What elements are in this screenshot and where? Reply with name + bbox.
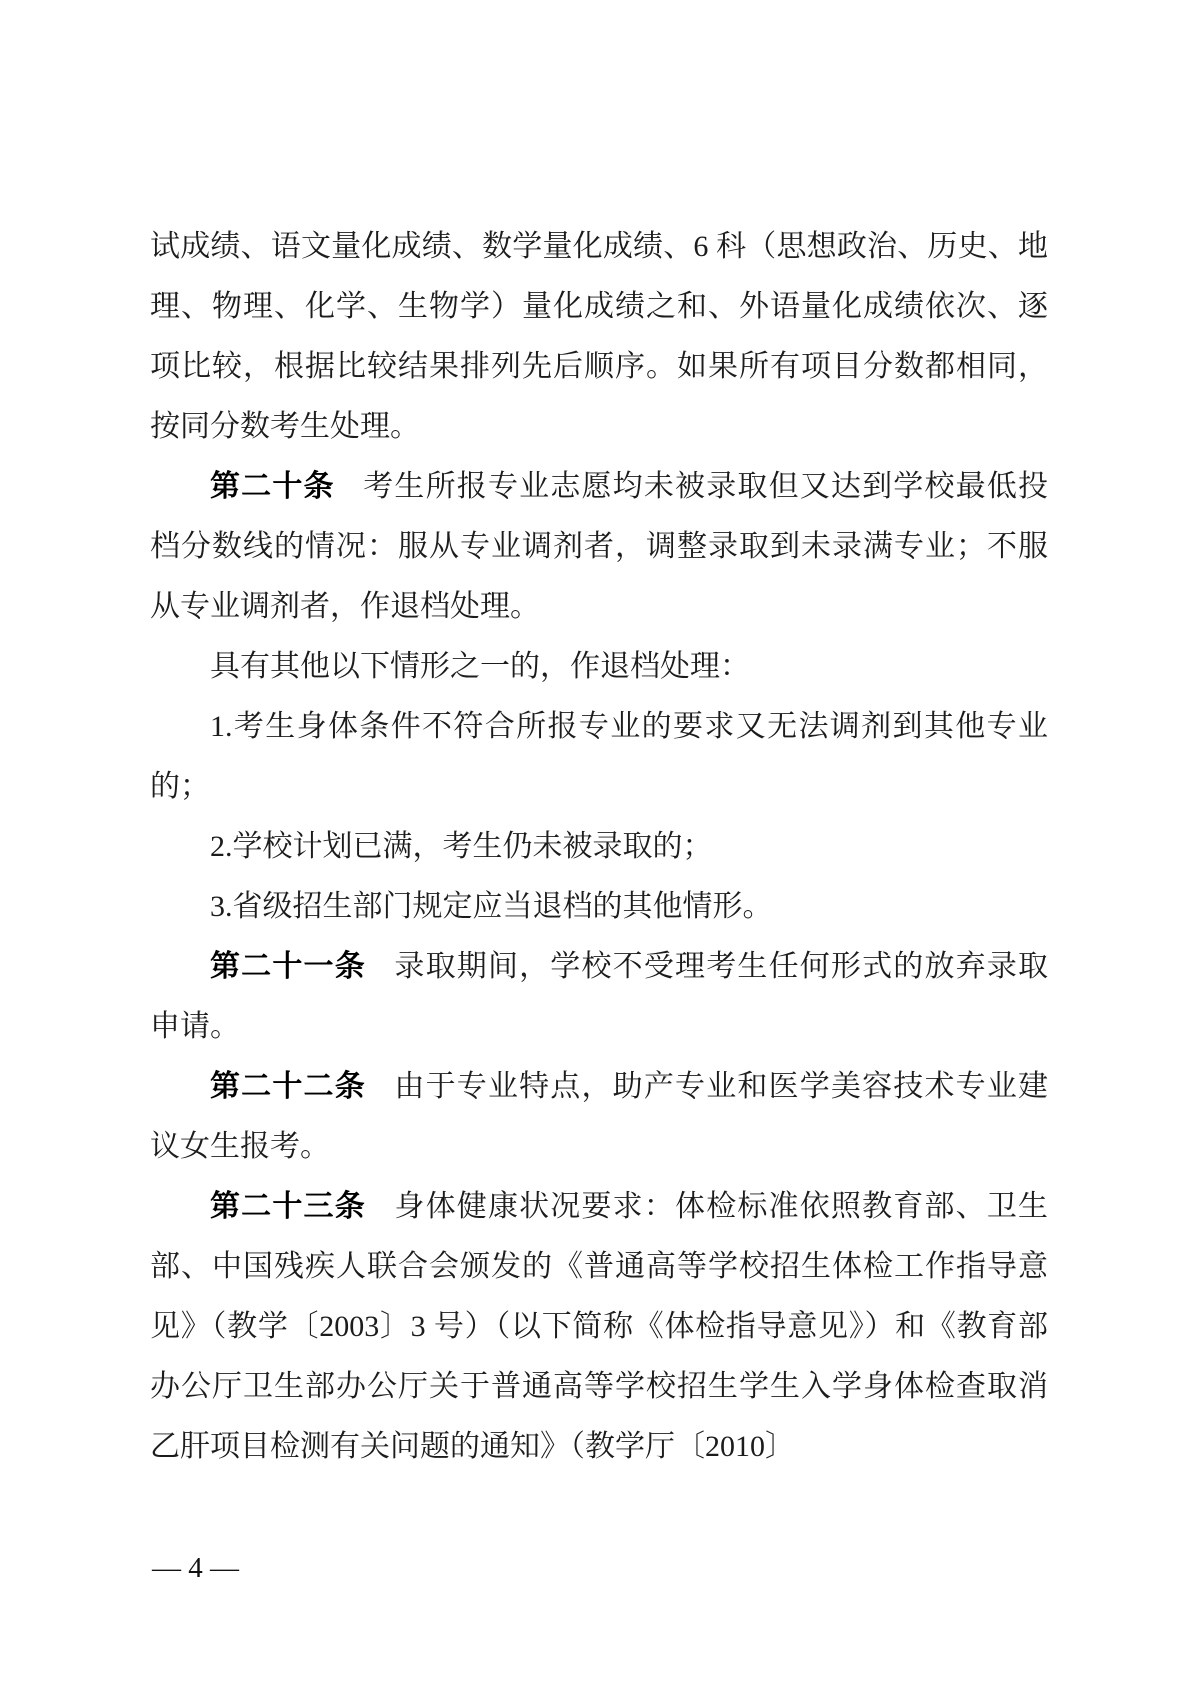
paragraph-text: 1.考生身体条件不符合所报专业的要求又无法调剂到其他专业的； <box>150 710 1048 803</box>
paragraph: 1.考生身体条件不符合所报专业的要求又无法调剂到其他专业的； <box>150 697 1048 817</box>
article-number: 第二十一条 <box>210 950 366 983</box>
paragraph-text: 具有其他以下情形之一的，作退档处理： <box>210 650 750 683</box>
paragraph: 第二十一条录取期间，学校不受理考生任何形式的放弃录取申请。 <box>150 937 1048 1057</box>
paragraph-text: 3.省级招生部门规定应当退档的其他情形。 <box>210 890 773 923</box>
page: 试成绩、语文量化成绩、数学量化成绩、6 科（思想政治、历史、地理、物理、化学、生… <box>0 0 1191 1684</box>
paragraph: 具有其他以下情形之一的，作退档处理： <box>150 637 1048 697</box>
page-number: — 4 — <box>152 1552 239 1584</box>
article-number: 第二十三条 <box>210 1190 366 1223</box>
paragraph-text: 试成绩、语文量化成绩、数学量化成绩、6 科（思想政治、历史、地理、物理、化学、生… <box>150 230 1048 443</box>
document-body: 试成绩、语文量化成绩、数学量化成绩、6 科（思想政治、历史、地理、物理、化学、生… <box>150 217 1048 1477</box>
page-footer: — 4 — <box>152 1552 239 1585</box>
paragraph: 第二十二条由于专业特点，助产专业和医学美容技术专业建议女生报考。 <box>150 1057 1048 1177</box>
paragraph: 试成绩、语文量化成绩、数学量化成绩、6 科（思想政治、历史、地理、物理、化学、生… <box>150 217 1048 457</box>
paragraph: 第二十条考生所报专业志愿均未被录取但又达到学校最低投档分数线的情况：服从专业调剂… <box>150 457 1048 637</box>
paragraph: 第二十三条身体健康状况要求：体检标准依照教育部、卫生部、中国残疾人联合会颁发的《… <box>150 1177 1048 1477</box>
paragraph: 3.省级招生部门规定应当退档的其他情形。 <box>150 877 1048 937</box>
paragraph-text: 2.学校计划已满，考生仍未被录取的； <box>210 830 713 863</box>
paragraph: 2.学校计划已满，考生仍未被录取的； <box>150 817 1048 877</box>
paragraph-text: 身体健康状况要求：体检标准依照教育部、卫生部、中国残疾人联合会颁发的《普通高等学… <box>150 1190 1048 1463</box>
article-number: 第二十二条 <box>210 1070 366 1103</box>
article-number: 第二十条 <box>210 470 335 503</box>
